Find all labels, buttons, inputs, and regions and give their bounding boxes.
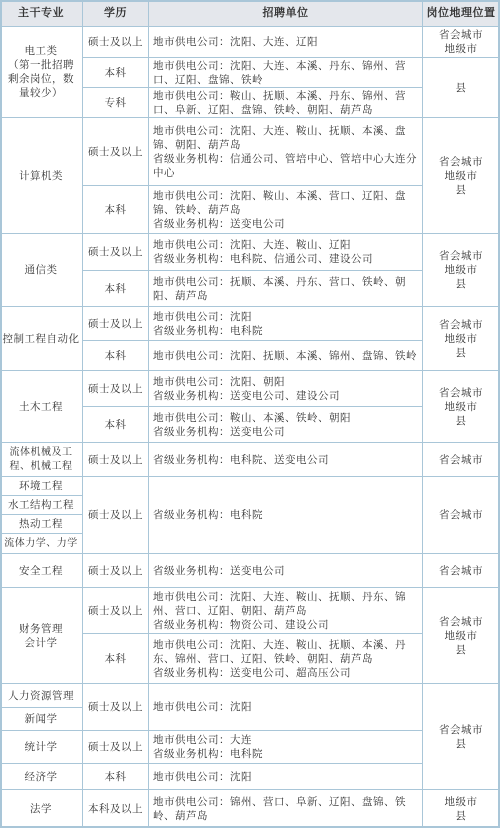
units-cell: 地市供电公司：沈阳、抚顺、本溪、锦州、盘锦、铁岭 [149,341,423,371]
degree-cell: 本科 [83,341,149,371]
units-cell: 地市供电公司：沈阳、大连、鞍山、抚顺、本溪、丹东、锦州、营口、辽阳、铁岭、朝阳、… [149,634,423,684]
location-cell: 省会城市 地级市 县 [423,371,500,443]
major-cell: 统计学 [0,731,83,764]
header-major: 主干专业 [0,0,83,27]
degree-cell: 硕士及以上 [83,731,149,764]
major-cell: 电工类 （第一批招聘剩余岗位，数量较少） [0,27,83,118]
location-cell: 省会城市 [423,477,500,554]
degree-cell: 硕士及以上 [83,588,149,634]
units-cell: 地市供电公司：沈阳、朝阳省级业务机构：送变电公司、建设公司 [149,371,423,407]
units-cell: 地市供电公司：鞍山、抚顺、本溪、丹东、锦州、营口、阜新、辽阳、盘锦、铁岭、朝阳、… [149,88,423,118]
major-cell: 流体力学、力学 [0,534,83,554]
major-cell: 法学 [0,790,83,828]
units-cell: 地市供电公司：鞍山、本溪、铁岭、朝阳省级业务机构：送变电公司 [149,407,423,443]
location-cell: 省会城市 [423,554,500,588]
degree-cell: 硕士及以上 [83,371,149,407]
location-cell: 地级市 县 [423,790,500,828]
location-cell: 省会城市 地级市 县 [423,118,500,234]
degree-cell: 硕士及以上 [83,27,149,58]
major-cell: 人力资源管理 [0,684,83,708]
degree-cell: 硕士及以上 [83,554,149,588]
degree-cell: 硕士及以上 [83,477,149,554]
units-cell: 省级业务机构：送变电公司 [149,554,423,588]
major-cell: 新闻学 [0,708,83,731]
degree-cell: 本科 [83,764,149,790]
major-cell: 环境工程 [0,477,83,496]
units-cell: 地市供电公司：沈阳 [149,684,423,731]
units-cell: 地市供电公司：沈阳、大连、鞍山、辽阳省级业务机构：电科院、信通公司、建设公司 [149,234,423,271]
major-cell: 控制工程自动化 [0,307,83,371]
location-cell: 省会城市 地级市 县 [423,307,500,371]
major-cell: 经济学 [0,764,83,790]
units-cell: 地市供电公司：沈阳、鞍山、本溪、营口、辽阳、盘锦、铁岭、葫芦岛省级业务机构：送变… [149,186,423,234]
header-units: 招聘单位 [149,0,423,27]
units-cell: 地市供电公司：锦州、营口、阜新、辽阳、盘锦、铁岭、葫芦岛 [149,790,423,828]
degree-cell: 本科 [83,271,149,307]
location-cell: 县 [423,58,500,118]
units-cell: 地市供电公司：抚顺、本溪、丹东、营口、铁岭、朝阳、葫芦岛 [149,271,423,307]
units-cell: 地市供电公司：沈阳省级业务机构：电科院 [149,307,423,341]
location-cell: 省会城市 地级市 [423,27,500,58]
units-cell: 地市供电公司：大连省级业务机构：电科院 [149,731,423,764]
units-cell: 地市供电公司：沈阳、大连、本溪、丹东、锦州、营口、辽阳、盘锦、铁岭 [149,58,423,88]
units-cell: 地市供电公司：沈阳、大连、鞍山、抚顺、丹东、锦州、营口、辽阳、朝阳、葫芦岛省级业… [149,588,423,634]
major-cell: 热动工程 [0,515,83,534]
units-cell: 地市供电公司：沈阳、大连、鞍山、抚顺、本溪、盘锦、朝阳、葫芦岛省级业务机构：信通… [149,118,423,186]
header-degree: 学历 [83,0,149,27]
recruitment-table: 主干专业 学历 招聘单位 岗位地理位置 电工类 （第一批招聘剩余岗位，数量较少）… [0,0,500,828]
degree-cell: 硕士及以上 [83,118,149,186]
degree-cell: 硕士及以上 [83,443,149,477]
degree-cell: 硕士及以上 [83,684,149,731]
location-cell: 省会城市 县 [423,684,500,790]
units-cell: 省级业务机构：电科院、送变电公司 [149,443,423,477]
degree-cell: 本科 [83,186,149,234]
major-cell: 流体机械及工程、机械工程 [0,443,83,477]
degree-cell: 本科及以上 [83,790,149,828]
degree-cell: 本科 [83,407,149,443]
degree-cell: 本科 [83,58,149,88]
major-cell: 财务管理 会计学 [0,588,83,684]
units-cell: 省级业务机构：电科院 [149,477,423,554]
units-cell: 地市供电公司：沈阳 [149,764,423,790]
major-cell: 水工结构工程 [0,496,83,515]
location-cell: 省会城市 [423,443,500,477]
major-cell: 通信类 [0,234,83,307]
location-cell: 省会城市 地级市 县 [423,234,500,307]
major-cell: 安全工程 [0,554,83,588]
major-cell: 计算机类 [0,118,83,234]
degree-cell: 本科 [83,634,149,684]
units-cell: 地市供电公司：沈阳、大连、辽阳 [149,27,423,58]
degree-cell: 硕士及以上 [83,307,149,341]
degree-cell: 专科 [83,88,149,118]
header-location: 岗位地理位置 [423,0,500,27]
location-cell: 省会城市 地级市 县 [423,588,500,684]
degree-cell: 硕士及以上 [83,234,149,271]
major-cell: 土木工程 [0,371,83,443]
